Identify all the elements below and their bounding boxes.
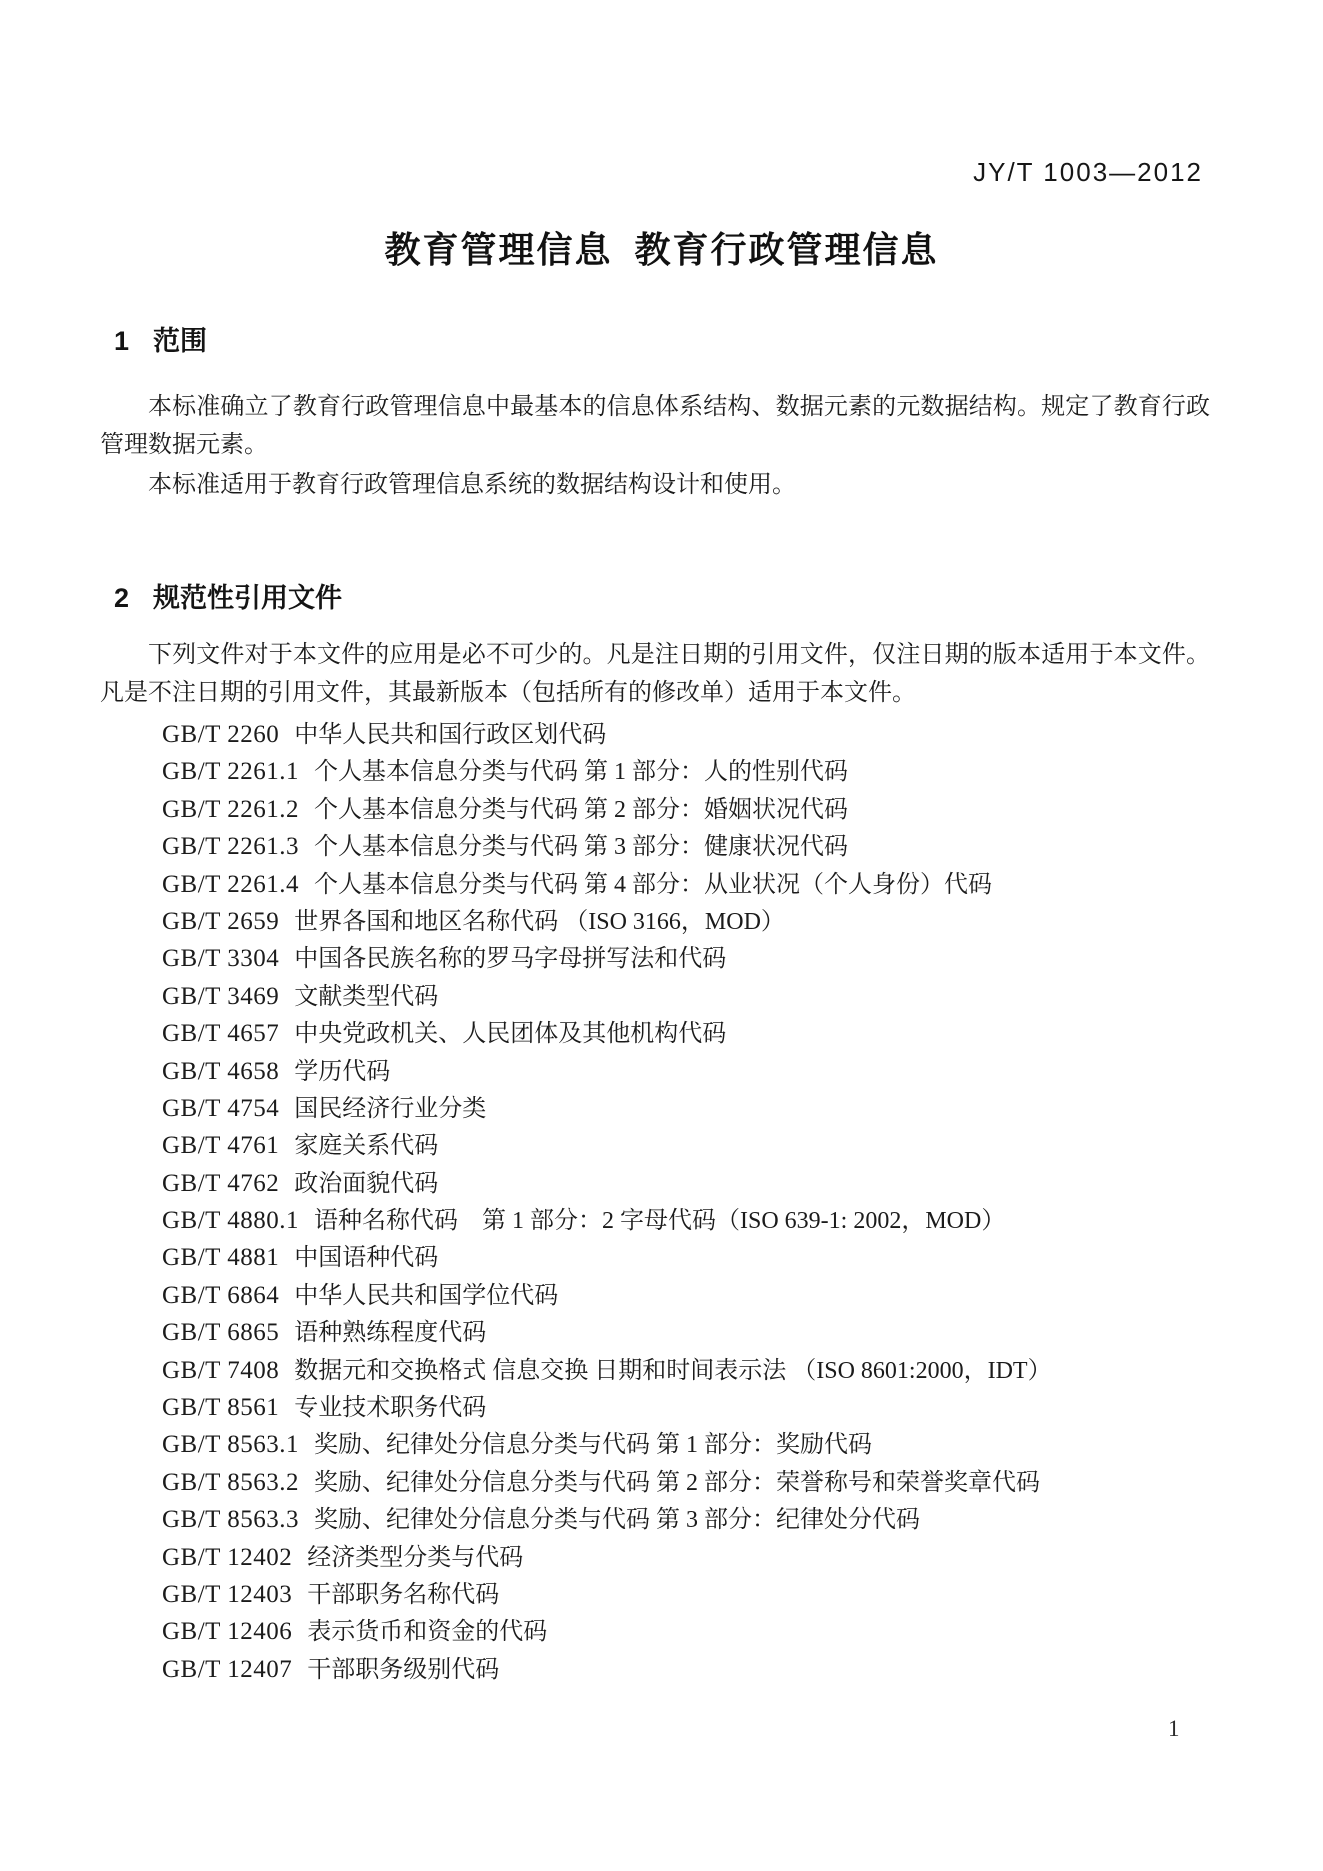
reference-code: GB/T 2261.4 (162, 871, 299, 898)
reference-code: GB/T 4762 (162, 1170, 279, 1197)
reference-code: GB/T 7408 (162, 1357, 279, 1384)
reference-item: GB/T 6865语种熟练程度代码 (162, 1314, 1222, 1351)
reference-title: 中国各民族名称的罗马字母拼写法和代码 (294, 946, 726, 972)
reference-code: GB/T 4880.1 (162, 1207, 299, 1234)
reference-code: GB/T 8561 (162, 1394, 279, 1421)
reference-code: GB/T 2659 (162, 908, 279, 935)
reference-code: GB/T 12402 (162, 1544, 292, 1571)
section-2-number: 2 (114, 583, 129, 614)
reference-title: 表示货币和资金的代码 (307, 1619, 547, 1645)
reference-title: 奖励、纪律处分信息分类与代码 第 3 部分：纪律处分代码 (314, 1507, 920, 1533)
reference-item: GB/T 4754国民经济行业分类 (162, 1090, 1222, 1127)
reference-code: GB/T 3469 (162, 983, 279, 1010)
reference-item: GB/T 8563.3奖励、纪律处分信息分类与代码 第 3 部分：纪律处分代码 (162, 1501, 1222, 1538)
reference-item: GB/T 4761家庭关系代码 (162, 1127, 1222, 1164)
reference-code: GB/T 2261.2 (162, 796, 299, 823)
reference-title: 语种熟练程度代码 (294, 1320, 486, 1346)
reference-title: 家庭关系代码 (294, 1133, 438, 1159)
reference-code: GB/T 2260 (162, 721, 279, 748)
reference-item: GB/T 4880.1语种名称代码 第 1 部分：2 字母代码（ISO 639-… (162, 1202, 1222, 1239)
reference-title: 专业技术职务代码 (294, 1395, 486, 1421)
reference-title: 世界各国和地区名称代码 （ISO 3166，MOD） (294, 909, 785, 935)
section-1-title: 范围 (153, 326, 207, 356)
reference-item: GB/T 12403干部职务名称代码 (162, 1576, 1222, 1613)
reference-title: 奖励、纪律处分信息分类与代码 第 2 部分：荣誉称号和荣誉奖章代码 (314, 1470, 1040, 1496)
reference-item: GB/T 7408数据元和交换格式 信息交换 日期和时间表示法 （ISO 860… (162, 1352, 1222, 1389)
reference-code: GB/T 4754 (162, 1095, 279, 1122)
reference-code: GB/T 4761 (162, 1132, 279, 1159)
normative-reference-list: GB/T 2260中华人民共和国行政区划代码 GB/T 2261.1个人基本信息… (162, 716, 1222, 1688)
reference-code: GB/T 2261.3 (162, 833, 299, 860)
reference-item: GB/T 2261.4个人基本信息分类与代码 第 4 部分：从业状况（个人身份）… (162, 866, 1222, 903)
reference-code: GB/T 6864 (162, 1282, 279, 1309)
reference-item: GB/T 2261.1个人基本信息分类与代码 第 1 部分：人的性别代码 (162, 753, 1222, 790)
reference-code: GB/T 12407 (162, 1656, 292, 1683)
reference-code: GB/T 4657 (162, 1020, 279, 1047)
reference-title: 奖励、纪律处分信息分类与代码 第 1 部分：奖励代码 (314, 1432, 872, 1458)
section-2-title: 规范性引用文件 (153, 583, 342, 613)
reference-title: 中华人民共和国行政区划代码 (294, 722, 606, 748)
reference-title: 个人基本信息分类与代码 第 3 部分：健康状况代码 (314, 834, 848, 860)
reference-code: GB/T 2261.1 (162, 758, 299, 785)
reference-item: GB/T 12407干部职务级别代码 (162, 1651, 1222, 1688)
page-number: 1 (1168, 1716, 1180, 1742)
reference-item: GB/T 4762政治面貌代码 (162, 1165, 1222, 1202)
reference-title: 语种名称代码 第 1 部分：2 字母代码（ISO 639-1: 2002，MOD… (314, 1208, 1005, 1234)
document-title: 教育管理信息 教育行政管理信息 (0, 222, 1323, 273)
reference-title: 个人基本信息分类与代码 第 1 部分：人的性别代码 (314, 759, 848, 785)
reference-title: 学历代码 (294, 1059, 390, 1085)
reference-item: GB/T 2261.2个人基本信息分类与代码 第 2 部分：婚姻状况代码 (162, 791, 1222, 828)
reference-title: 中华人民共和国学位代码 (294, 1283, 558, 1309)
reference-code: GB/T 3304 (162, 945, 279, 972)
reference-item: GB/T 8561专业技术职务代码 (162, 1389, 1222, 1426)
reference-title: 个人基本信息分类与代码 第 2 部分：婚姻状况代码 (314, 797, 848, 823)
section-1-number: 1 (114, 326, 129, 357)
standard-number: JY/T 1003—2012 (973, 157, 1203, 188)
section-1-heading: 1范围 (114, 319, 207, 358)
reference-title: 干部职务名称代码 (307, 1582, 499, 1608)
reference-title: 文献类型代码 (294, 984, 438, 1010)
reference-item: GB/T 2260中华人民共和国行政区划代码 (162, 716, 1222, 753)
reference-item: GB/T 6864中华人民共和国学位代码 (162, 1277, 1222, 1314)
document-page: JY/T 1003—2012 教育管理信息 教育行政管理信息 1范围 本标准确立… (0, 0, 1323, 1871)
reference-code: GB/T 8563.1 (162, 1431, 299, 1458)
scope-paragraph-1: 本标准确立了教育行政管理信息中最基本的信息体系结构、数据元素的元数据结构。规定了… (100, 388, 1210, 464)
reference-item: GB/T 3469文献类型代码 (162, 978, 1222, 1015)
reference-item: GB/T 4658学历代码 (162, 1053, 1222, 1090)
reference-item: GB/T 2659世界各国和地区名称代码 （ISO 3166，MOD） (162, 903, 1222, 940)
scope-paragraph-2: 本标准适用于教育行政管理信息系统的数据结构设计和使用。 (100, 466, 1210, 504)
reference-title: 经济类型分类与代码 (307, 1545, 523, 1571)
reference-code: GB/T 8563.3 (162, 1506, 299, 1533)
references-intro-paragraph: 下列文件对于本文件的应用是必不可少的。凡是注日期的引用文件，仅注日期的版本适用于… (100, 636, 1210, 712)
reference-title: 国民经济行业分类 (294, 1096, 486, 1122)
reference-code: GB/T 8563.2 (162, 1469, 299, 1496)
reference-code: GB/T 12403 (162, 1581, 292, 1608)
reference-code: GB/T 6865 (162, 1319, 279, 1346)
reference-item: GB/T 8563.2奖励、纪律处分信息分类与代码 第 2 部分：荣誉称号和荣誉… (162, 1464, 1222, 1501)
reference-code: GB/T 12406 (162, 1618, 292, 1645)
reference-code: GB/T 4881 (162, 1244, 279, 1271)
reference-title: 中央党政机关、人民团体及其他机构代码 (294, 1021, 726, 1047)
reference-item: GB/T 12402经济类型分类与代码 (162, 1539, 1222, 1576)
reference-title: 数据元和交换格式 信息交换 日期和时间表示法 （ISO 8601:2000，ID… (294, 1358, 1051, 1384)
reference-title: 个人基本信息分类与代码 第 4 部分：从业状况（个人身份）代码 (314, 872, 992, 898)
reference-title: 中国语种代码 (294, 1245, 438, 1271)
section-2-heading: 2规范性引用文件 (114, 576, 342, 615)
reference-title: 干部职务级别代码 (307, 1657, 499, 1683)
reference-code: GB/T 4658 (162, 1058, 279, 1085)
reference-title: 政治面貌代码 (294, 1171, 438, 1197)
reference-item: GB/T 4657中央党政机关、人民团体及其他机构代码 (162, 1015, 1222, 1052)
reference-item: GB/T 3304中国各民族名称的罗马字母拼写法和代码 (162, 940, 1222, 977)
reference-item: GB/T 2261.3个人基本信息分类与代码 第 3 部分：健康状况代码 (162, 828, 1222, 865)
reference-item: GB/T 4881中国语种代码 (162, 1239, 1222, 1276)
reference-item: GB/T 12406表示货币和资金的代码 (162, 1613, 1222, 1650)
reference-item: GB/T 8563.1奖励、纪律处分信息分类与代码 第 1 部分：奖励代码 (162, 1426, 1222, 1463)
